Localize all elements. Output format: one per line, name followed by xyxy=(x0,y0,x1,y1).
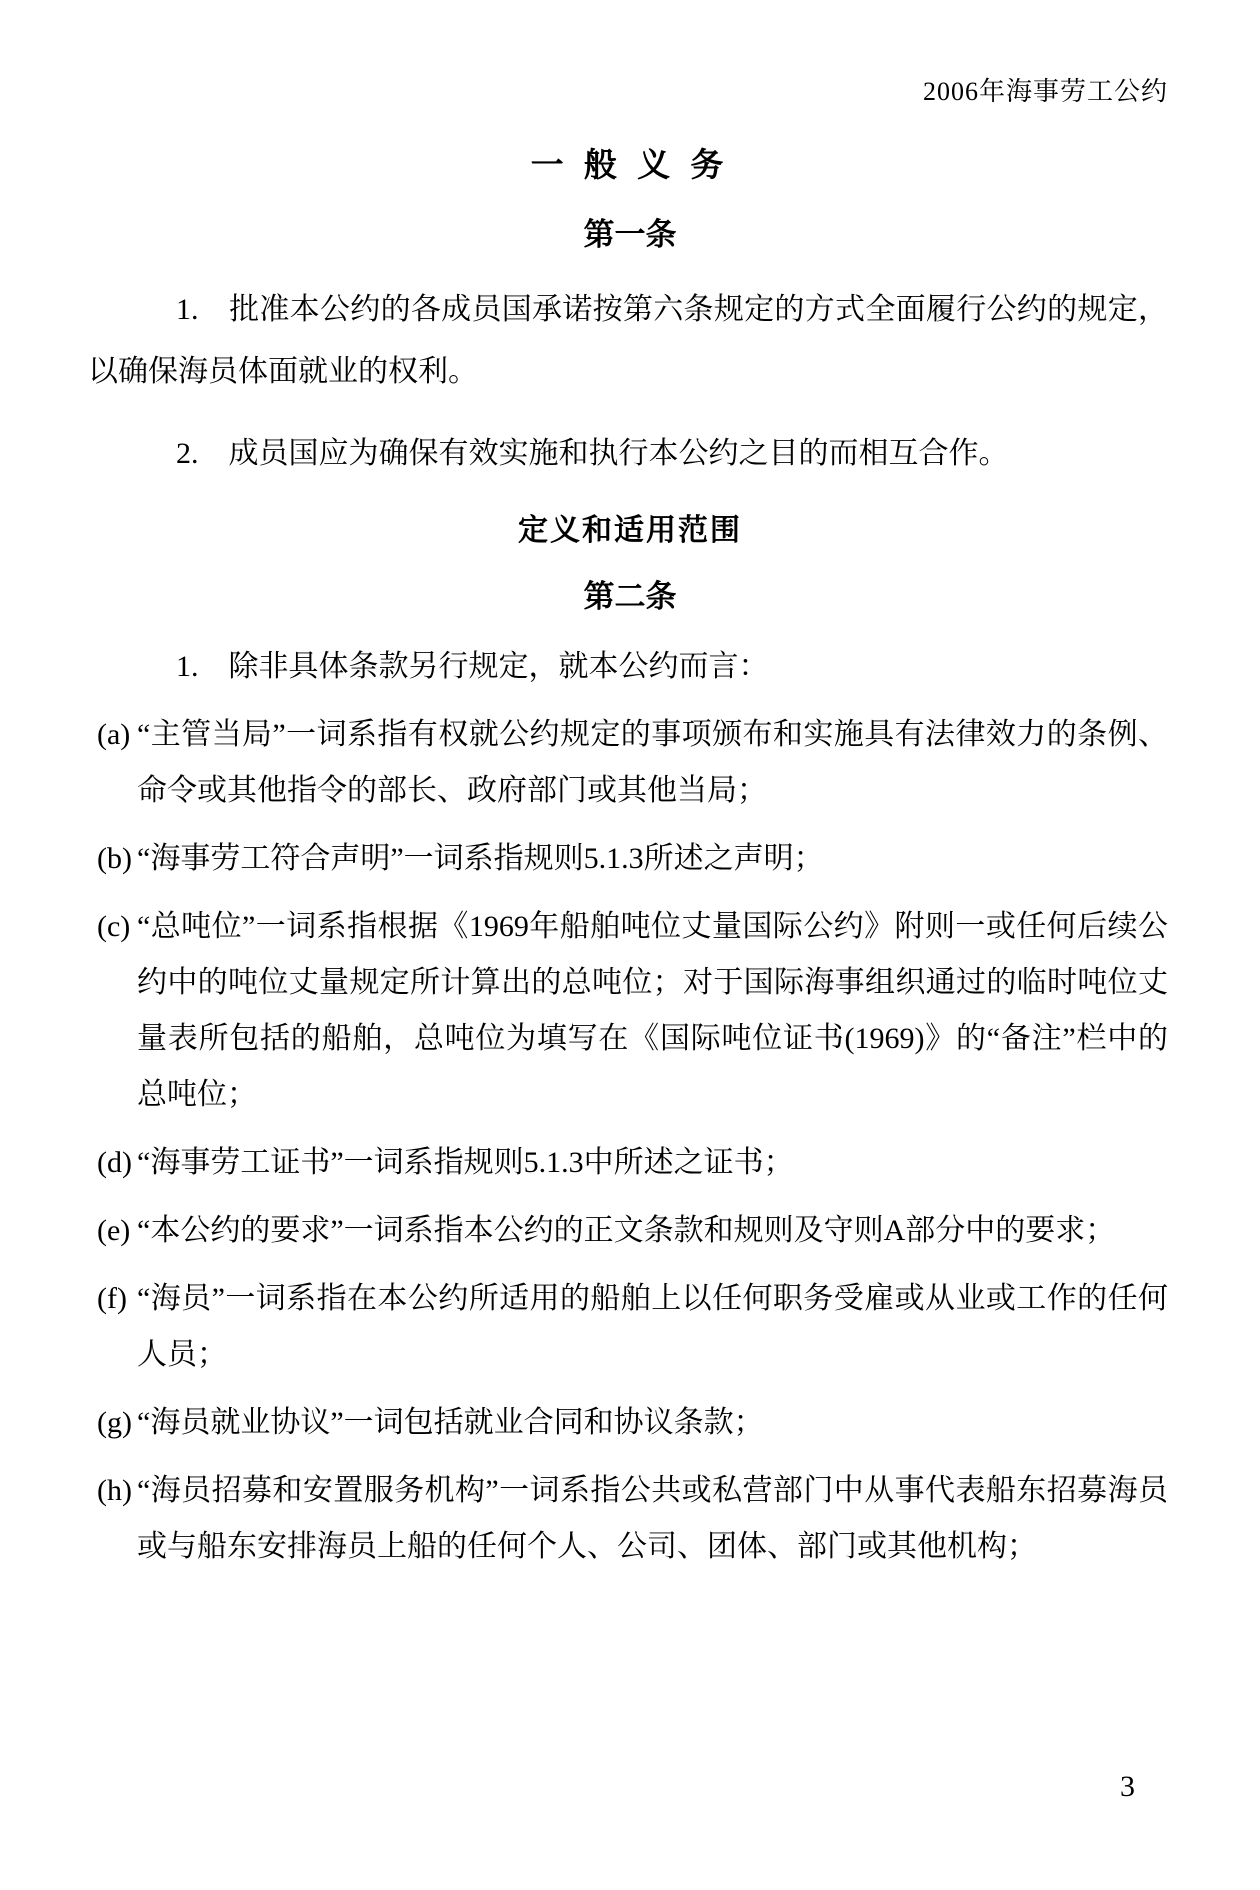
article-1-paragraph-2: 2. 成员国应为确保有效实施和执行本公约之目的而相互合作。 xyxy=(88,423,1168,485)
article-1-paragraph-1: 1. 批准本公约的各成员国承诺按第六条规定的方式全面履行公约的规定，以确保海员体… xyxy=(88,279,1168,403)
definition-label: (c) xyxy=(97,899,137,955)
definition-item-g: (g) “海员就业协议”一词包括就业合同和协议条款； xyxy=(97,1395,1168,1451)
definition-label: (h) xyxy=(97,1463,137,1519)
definition-text: “总吨位”一词系指根据《1969年船舶吨位丈量国际公约》附则一或任何后续公约中的… xyxy=(137,899,1168,1123)
definition-label: (f) xyxy=(97,1271,137,1327)
definition-list: (a) “主管当局”一词系指有权就公约规定的事项颁布和实施具有法律效力的条例、命… xyxy=(97,707,1168,1575)
definition-text: “海事劳工证书”一词系指规则5.1.3中所述之证书； xyxy=(137,1135,1168,1191)
article-2-heading: 第二条 xyxy=(0,575,1260,619)
running-header: 2006年海事劳工公约 xyxy=(0,0,1260,107)
definition-item-h: (h) “海员招募和安置服务机构”一词系指公共或私营部门中从事代表船东招募海员或… xyxy=(97,1463,1168,1575)
definition-text: “本公约的要求”一词系指本公约的正文条款和规则及守则A部分中的要求； xyxy=(137,1203,1168,1259)
page-number: 3 xyxy=(1120,1769,1135,1805)
definition-text: “主管当局”一词系指有权就公约规定的事项颁布和实施具有法律效力的条例、命令或其他… xyxy=(137,707,1168,819)
definition-text: “海员就业协议”一词包括就业合同和协议条款； xyxy=(137,1395,1168,1451)
definition-item-c: (c) “总吨位”一词系指根据《1969年船舶吨位丈量国际公约》附则一或任何后续… xyxy=(97,899,1168,1123)
article-1-heading: 第一条 xyxy=(0,213,1260,257)
definition-item-f: (f) “海员”一词系指在本公约所适用的船舶上以任何职务受雇或从业或工作的任何人… xyxy=(97,1271,1168,1383)
definition-label: (b) xyxy=(97,831,137,887)
document-page: 2006年海事劳工公约 一 般 义 务 第一条 1. 批准本公约的各成员国承诺按… xyxy=(0,0,1260,1890)
definition-text: “海员”一词系指在本公约所适用的船舶上以任何职务受雇或从业或工作的任何人员； xyxy=(137,1271,1168,1383)
definition-label: (g) xyxy=(97,1395,137,1451)
definition-label: (a) xyxy=(97,707,137,763)
section-title-general-obligations: 一 般 义 务 xyxy=(0,143,1260,189)
section-title-definitions: 定义和适用范围 xyxy=(0,509,1260,553)
definition-text: “海事劳工符合声明”一词系指规则5.1.3所述之声明； xyxy=(137,831,1168,887)
definition-item-a: (a) “主管当局”一词系指有权就公约规定的事项颁布和实施具有法律效力的条例、命… xyxy=(97,707,1168,819)
definition-item-e: (e) “本公约的要求”一词系指本公约的正文条款和规则及守则A部分中的要求； xyxy=(97,1203,1168,1259)
definition-item-d: (d) “海事劳工证书”一词系指规则5.1.3中所述之证书； xyxy=(97,1135,1168,1191)
definition-text: “海员招募和安置服务机构”一词系指公共或私营部门中从事代表船东招募海员或与船东安… xyxy=(137,1463,1168,1575)
definition-item-b: (b) “海事劳工符合声明”一词系指规则5.1.3所述之声明； xyxy=(97,831,1168,887)
article-2-intro: 1. 除非具体条款另行规定，就本公约而言： xyxy=(88,639,1168,695)
definition-label: (d) xyxy=(97,1135,137,1191)
definition-label: (e) xyxy=(97,1203,137,1259)
